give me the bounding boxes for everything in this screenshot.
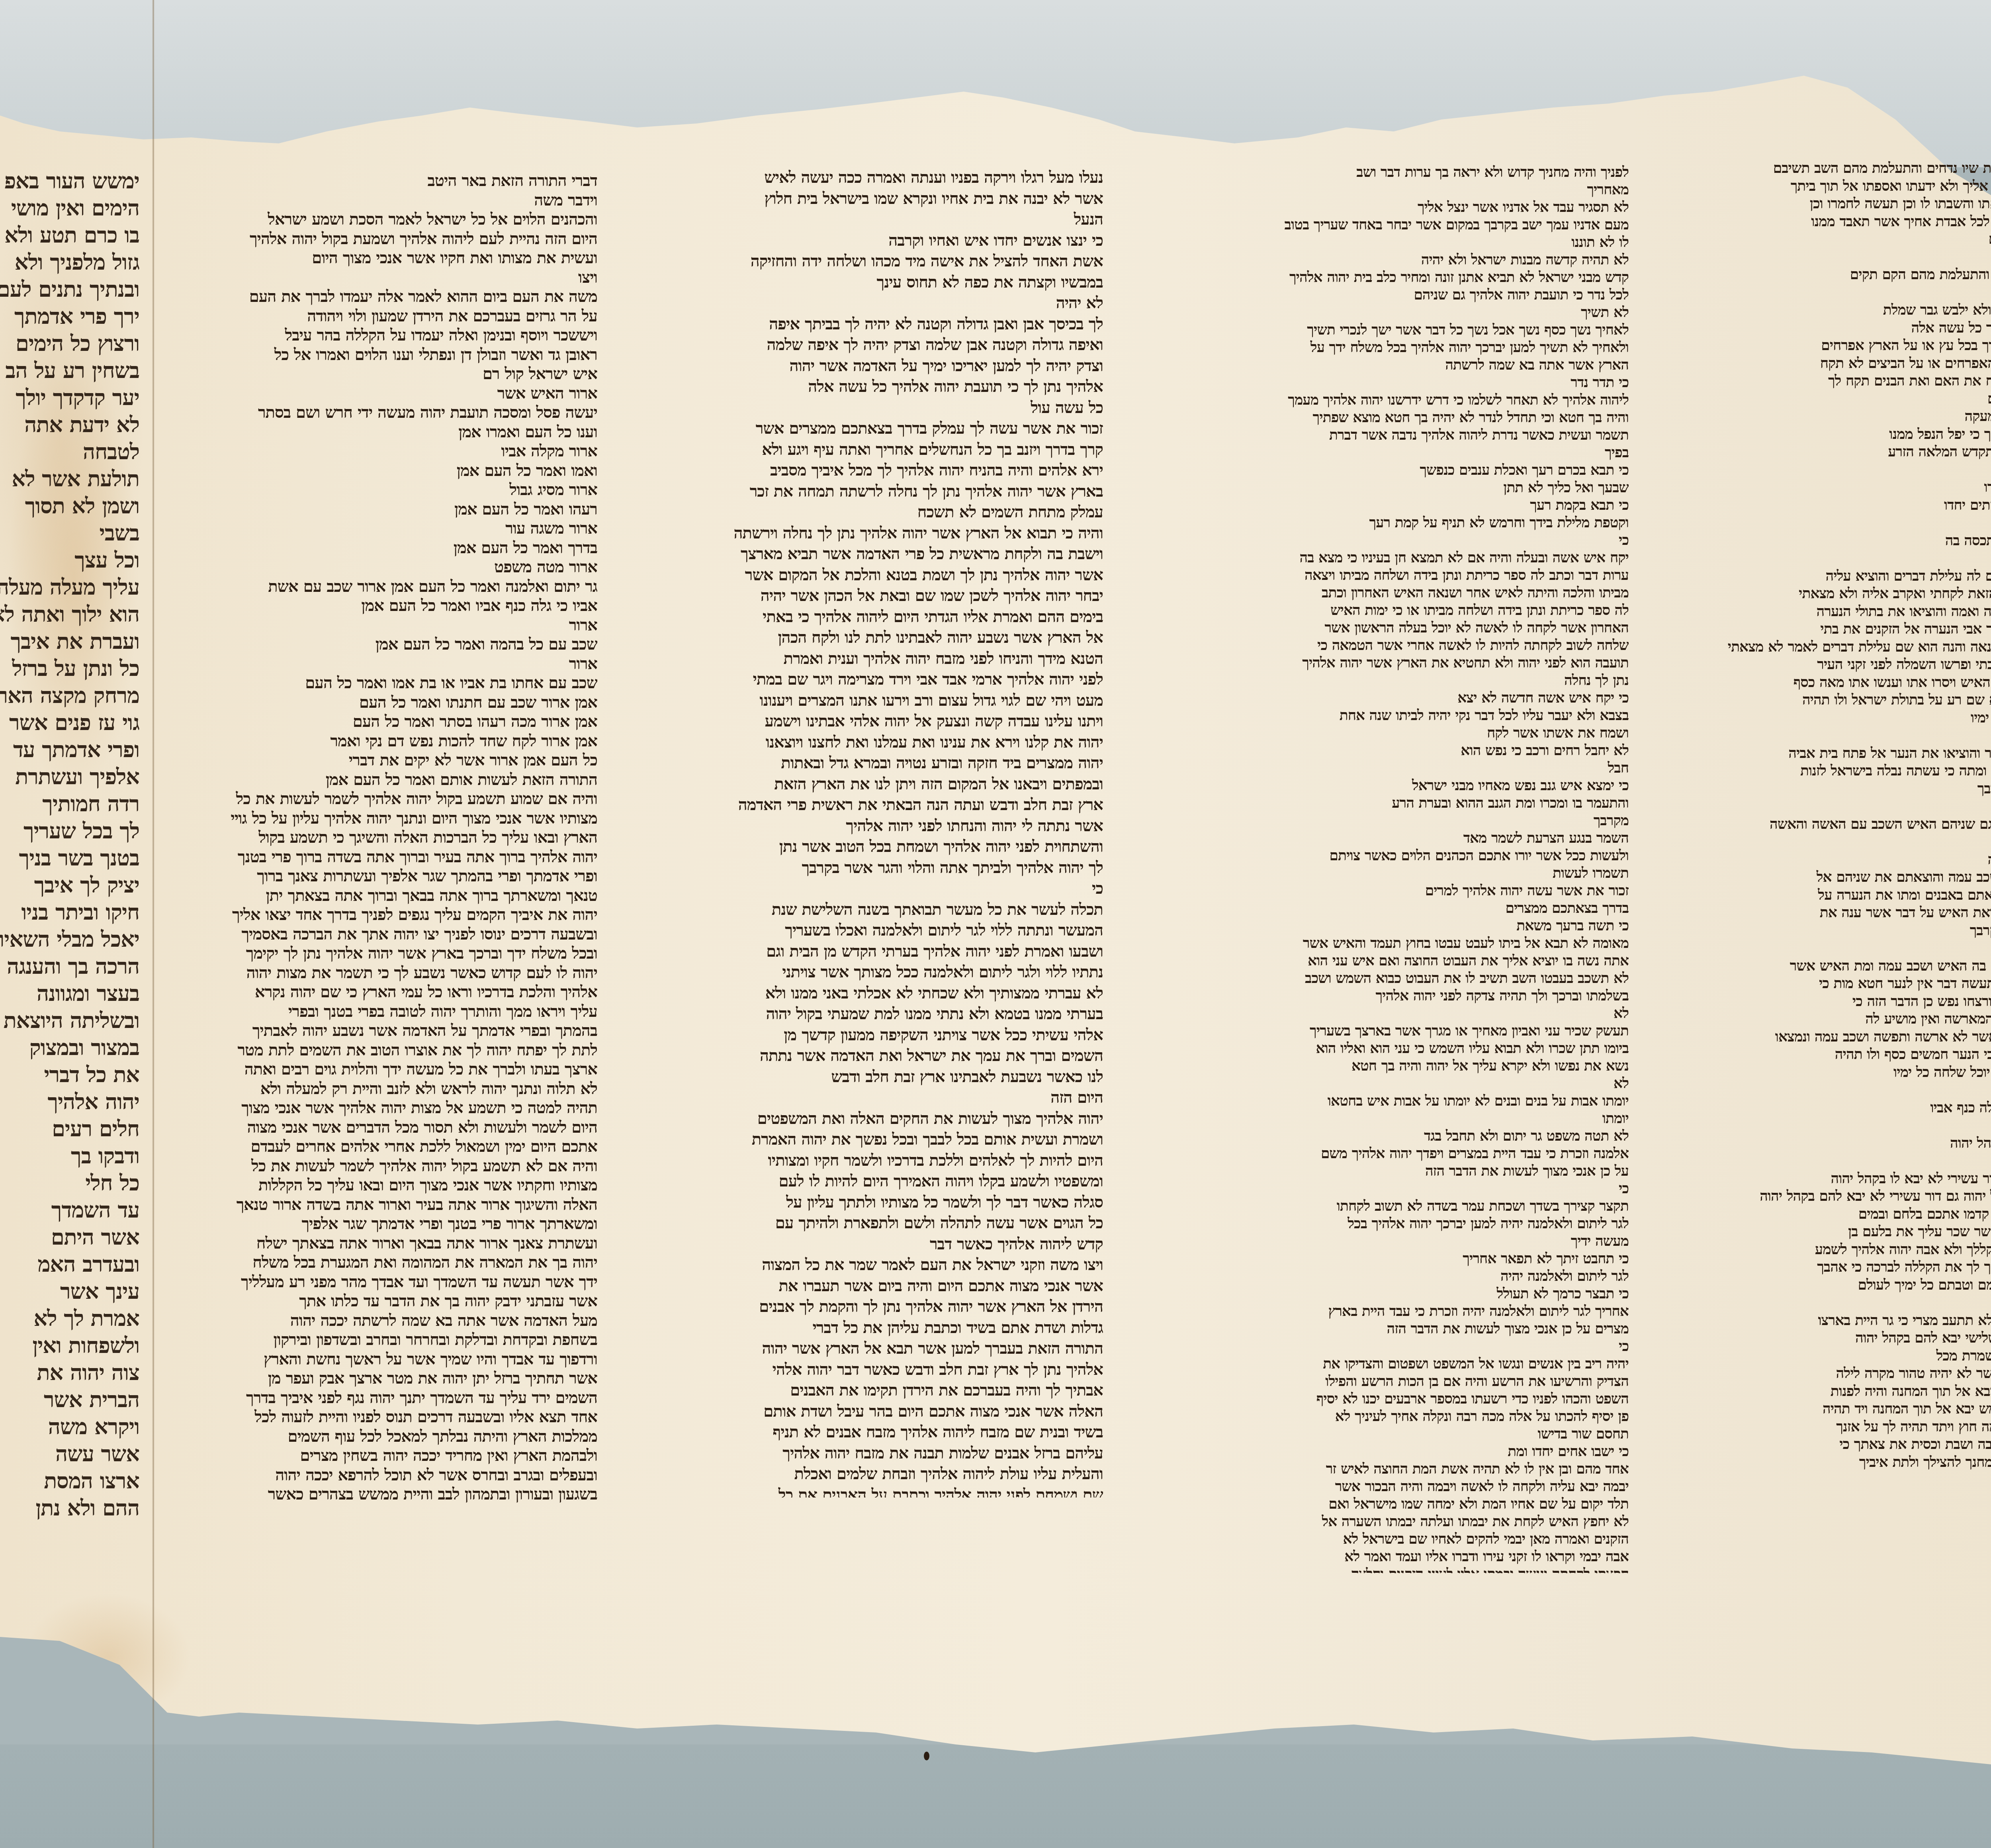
text-line: עליך מעלה מעלה [0,574,139,601]
text-line: השמים ירד עליך עד השמדך יתנך יהוה נגף לפ… [171,1388,597,1408]
text-line: לאשה לא יוכל לשלחה כל ימיו [1700,709,1991,727]
text-line: ביומו תתן שכרו ולא תבוא עליו השמש כי עני… [1179,1039,1629,1057]
scroll-column-1: דברי התורה הזאת באר היטבוידבר משהוהכהנים… [171,171,597,1533]
text-line: כי [673,878,1103,899]
text-line: ובעפלים ובגרב ובחרס אשר לא תוכל להרפא יכ… [171,1466,597,1485]
text-line: כל העם אמן ארור אשר לא יקים את דברי [171,751,597,770]
text-line: על הר גרזים בעברכם את הירדן שמעון ולוי ו… [171,307,597,326]
text-line: ולאחיך לא תשיך למען יברכך יהוה אלהיך בכל… [1179,339,1629,356]
text-line: כי [1179,1337,1629,1355]
text-line: הימים ואין מושי [0,194,139,221]
text-line: יומתו [1179,1110,1629,1127]
text-line: לה ספר כריתת ונתן בידה ושלחה מביתו או כי… [1179,601,1629,619]
text-line: אחד מהם ובן אין לו לא תהיה אשת המת החוצה… [1179,1460,1629,1478]
text-line: אשר אנכי מצוה אתכם היום והיה ביום אשר תע… [673,1276,1103,1297]
text-line: שלחה לשוב לקחתה להיות לו לאשה אחרי אשר ה… [1179,636,1629,654]
text-line: ובעדרב האמ [0,1251,139,1278]
text-line: בצבא ולא יעבר עליו לכל דבר נקי יהיה לבית… [1179,707,1629,724]
text-line: ואמו ואמר כל העם אמן [171,461,597,481]
text-line: כי תבצר כרמך לא תעולל [1179,1285,1629,1302]
text-line: כי ינצו אנשים יחדו איש ואחיו וקרבה [673,230,1103,251]
text-line: אשה כי תועבת יהוה אלהיך כל עשה אלה [1700,319,1991,337]
text-line: השפט והכהו לפניו כדי רשעתו במספר ארבעים … [1179,1390,1629,1408]
text-line: כי תחבט זיתך לא תפאר אחריך [1179,1250,1629,1267]
text-line: אלהיך והלכת בדרכיו וראו כל עמי הארץ כי ש… [171,983,597,1002]
text-line: ערות דבר וכתב לה ספר כריתת ונתן בידה ושל… [1179,566,1629,584]
text-line: הנעל [673,209,1103,230]
text-line: שם רע ואמר את האשה הזאת לקחתי ואקרב אליה… [1700,585,1991,603]
text-line: שכב עם כל בהמה ואמר כל העם אמן [171,635,597,654]
text-line: ולעשות ככל אשר יורו אתכם הכהנים הלוים כא… [1179,847,1629,864]
text-line: ממלכות הארץ והיתה נבלתך למאכל לכל עוף הש… [171,1427,597,1447]
text-line: כי יקרא קן צפור לפניך בדרך בכל עץ או על … [1700,337,1991,354]
text-line: השמים וברך את עמך את ישראל ואת האדמה אשר… [673,1045,1103,1067]
text-line: אשת רעהו ובערת הרע מקרבך [1700,922,1991,940]
text-line: יהוה את איביך הקמים עליך נגפים לפניך בדר… [171,905,597,925]
text-line: לא [1700,1152,1991,1170]
text-line: משה את העם ביום ההוא לאמר אלה יעמדו לברך… [171,287,597,307]
text-line: לא יבא עמוני ומואבי בקהל יהוה גם דור עשי… [1700,1187,1991,1205]
stain [24,1593,191,1721]
text-line: אל הארץ אשר נשבע יהוה לאבתינו לתת לנו ול… [673,627,1103,648]
text-line: כי תצא מחנה על איביך ונשמרת מכל [1700,1347,1991,1365]
text-line: והעלית עליו עולת ליהוה אלהיך וזבחת שלמים… [673,1464,1103,1485]
text-line: לא תזרע כרמך כלאים פן תקדש המלאה הזרע [1700,443,1991,461]
text-line: על כן אנכי מצוך לעשות את הדבר הזה [1179,1162,1629,1180]
text-line: ובכל משלח ידך וברכך בארץ אשר יהוה אלהיך … [171,944,597,963]
text-line: לא תהיה קדשה מבנות ישראל ולא יהיה [1179,251,1629,268]
text-line: לאשה תחת אשר ענה לא יוכל שלחה כל ימיו [1700,1063,1991,1081]
text-line: לפני יהוה אלהיך ארמי אבד אבי וירד מצרימה… [673,669,1103,690]
text-line: שכב עם אחתו בת אביו או בת אמו ואמר כל הע… [171,673,597,693]
text-line: תולעת אשר לא [0,465,139,492]
text-line: כי ישבו אחים יחדו ומת [1179,1443,1629,1460]
text-line: לא תשכב בעבטו השב תשיב לו את העבוט כבוא … [1179,969,1629,987]
text-line: תעשה לשמלתו וכן תעשה לכל אבדת אחיך אשר ת… [1700,213,1991,231]
text-line: בפיך [1179,444,1629,461]
text-line: מעל האדמה אשר אתה בא שמה לרשתה יככה יהוה [171,1311,597,1331]
text-line: קדש ליהוה אלהיך כאשר דבר [673,1234,1103,1255]
text-line: גזול מלפניך ולא [0,249,139,276]
text-line: סגלה כאשר דבר לך ולשמר כל מצותיו ולתתך ע… [673,1192,1103,1213]
text-line: יבא ממזר בקהל יהוה גם דור עשירי לא יבא ל… [1700,1170,1991,1188]
text-line: מקרבך [1179,812,1629,829]
text-line: ימשש העור באפ [0,167,139,194]
text-line: צוה יהוה את [0,1359,139,1386]
text-line: בדרך בצאתכם ממצרים [1179,899,1629,917]
text-line: יאכל מבלי השאיר [0,926,139,953]
text-line: בארץ אשר יהוה אלהיך נתן לך נחלה לרשתה תמ… [673,481,1103,502]
text-line: ובערת הרע מישראל [1700,833,1991,851]
text-line: יהוה ממצרים ביד חזקה ובזרע נטויה ובמרא ג… [673,753,1103,774]
text-line: לך בכל שעריך [0,817,139,844]
text-line: והיה בך חטא וכי תחדל לנדר לא יהיה בך חטא… [1179,409,1629,426]
text-line: אמן ארור לקח שחד להכות נפש דם נקי ואמר [171,732,597,751]
text-line: הזה לא נמצאו בתולים לנער והוציאו את הנער… [1700,744,1991,762]
text-line: ורדפוך עד אבדך והיו שמיך אשר על ראשך נחש… [171,1350,597,1369]
text-line: וישבת בה ולקחת מראשית כל פרי האדמה אשר ת… [673,544,1103,565]
text-line: אשר עשה [0,1440,139,1467]
text-line: יבמה יבא עליה ולקחה לו לאשה ויבמה והיה ה… [1179,1478,1629,1495]
text-line: ארץ זבת חלב ודבש ועתה הנה הבאתי את ראשית… [673,795,1103,816]
text-line: בשחין רע על הב [0,357,139,384]
text-line: עמלק מתחת השמים לא תשכח [673,502,1103,523]
text-line: והשתחוית לפני יהוה אלהיך ושמחת בכל הטוב … [673,836,1103,857]
text-line: והיה בשבתך חוץ וחפרתה בה ושבת וכסית את צ… [1700,1435,1991,1453]
text-line: עם אשה בעלת בעל ומתו גם שניהם האיש השכב … [1700,815,1991,833]
text-line: בשיד ובנית שם מזבח ליהוה אלהיך מזבח אבני… [673,1422,1103,1443]
text-line: מאומה לא תבא אל ביתו לעבט עבטו בחוץ תעמד… [1179,934,1629,952]
text-line: ויששכר ויוסף ובנימן ואלה יעמדו על הקללה … [171,326,597,345]
text-line: ושמח את אשתו אשר לקח [1179,724,1629,742]
text-line: והכהנים הלוים אל כל ישראל לאמר הסכת ושמע… [171,210,597,229]
text-line: ומשפטיו ולשמע בקלו ויהוה האמירך היום להי… [673,1171,1103,1192]
text-line: לגר ליתום ולאלמנה יהיה [1179,1267,1629,1285]
text-line: האחרון אשר לקחה לו לאשה לא יוכל בעלה הרא… [1179,619,1629,636]
scroll-column-3: לפניך והיה מחניך קדוש ולא יראה בך ערות ד… [1179,163,1629,1573]
text-line: ויצא אל מחוץ למחנה לא יבא אל תוך המחנה ו… [1700,1382,1991,1400]
text-line: חבל [1179,759,1629,777]
text-line: המעשר ונתתה ללוי לגר ליתום ולאלמנה ואכלו… [673,920,1103,941]
text-line: התורה הזאת לעשות אותם ואמר כל העם אמן [171,770,597,790]
text-line: לא עברתי ממצותיך ולא שכחתי לא אכלתי באני… [673,983,1103,1004]
text-line: השמר בנגע הצרעת לשמר מאד [1179,829,1629,847]
text-line: ארצו המסת [0,1467,139,1494]
text-line: בשבי [0,519,139,546]
text-line: פצוע דכא וכרות שפכה בקהל יהוה [1700,1134,1991,1152]
text-line: כי יקח איש [1700,549,1991,567]
text-line: גוי עז פנים אשר [0,709,139,736]
text-line: בשחפת ובקדחת ובדלקת ובחרחר ובחרב ובשדפון… [171,1330,597,1350]
text-line: אתה נשה בו יוציא אליך את העבוט החוצה ואם… [1179,952,1629,969]
text-line: כל ונתן על ברזל [0,655,139,682]
text-line: ונתנו לאבי הנערה כי הוציא שם רע על בתולת… [1700,691,1991,709]
text-line: לך בכיסך אבן ואבן גדולה וקטנה לא יהיה לך… [673,314,1103,335]
text-line: או ביצים והאם רבצת על האפרחים או על הביצ… [1700,354,1991,372]
text-line: לו לא תוננו [1179,233,1629,251]
text-line: למען ייטב לך והארכת ימים [1700,390,1991,408]
text-line: יהוה אלהיך לא תדרש שלמם וטבתם כל ימיך לע… [1700,1276,1991,1294]
text-line: כאשר יקום איש על רעהו ורצחו נפש כן הדבר … [1700,993,1991,1010]
text-line: את כל דברי [0,1061,139,1088]
text-line: גר יתום ואלמנה ואמר כל העם אמן ארור שכב … [171,577,597,597]
text-line: אשה ובא אליה ושנאה ושם לה עלילת דברים וה… [1700,567,1991,585]
text-line: נתתיו ללוי ולגר ליתום ולאלמנה ככל מצותך … [673,962,1103,983]
text-line: לגגך ולא תשים דמים בביתך כי יפל הנפל ממנ… [1700,425,1991,443]
text-line: אחיך או שורו נפלים בדרך והתעלמת מהם הקם … [1700,266,1991,284]
text-line: תהיה למטה כי תשמע אל מצות יהוה אלהיך אשר… [171,1098,597,1118]
text-line: מביתו והלכה והיתה לאיש אחר ושנאה האיש הא… [1179,584,1629,601]
text-line: לגר ליתום ולאלמנה יהיה למען יברכך יהוה א… [1179,1215,1629,1232]
text-line: שכב עמה לבדו ולנער לא תעשה דבר אין לנער … [1700,975,1991,993]
text-line: וכל עצך [0,546,139,574]
text-line: אשר לא יבנה את בית אחיו ונקרא שמו בישראל… [673,188,1103,209]
text-line: ופרי אדמתך ופרי בהמתך שגר אלפיך ועשתרות … [171,867,597,886]
text-line: יהוה אלהיך ברוך אתה בעיר וברוך אתה בשדה … [171,848,597,867]
text-line: וענו כל העם ואמרו אמן [171,423,597,442]
text-line: היום הזה [673,1087,1103,1108]
text-line: התורה הזאת בעברך למען אשר תבא אל הארץ אש… [673,1338,1103,1359]
text-line: אשר יהוה אלהיך נתן לך ושמת בטנא והלכת אל… [673,565,1103,586]
text-line: ושמרת ועשית אותם בכל לבבך ובכל נפשך את י… [673,1129,1103,1150]
text-line: וידבר משה [171,191,597,210]
text-line: במצור ובמצוק [0,1034,139,1061]
text-line: לבתך בתולים ואלה בתולי בתי ופרשו השמלה ל… [1700,656,1991,673]
text-line: מאחריך [1179,181,1629,198]
text-line: נעלו מעל רגלו וירקה בפניו וענתה ואמרה ככ… [673,167,1103,188]
text-line: ועברת את איבך [0,628,139,655]
text-line: ונתן האיש השכב עמה לאבי הנער חמשים כסף ו… [1700,1045,1991,1063]
text-line: ארור [171,654,597,674]
text-line: רעהו ואמר כל העם אמן [171,500,597,519]
text-line: כל הגוים אשר עשה לתהלה ולשם ולתפארת ולהי… [673,1213,1103,1234]
text-line: ארור האיש אשר [171,384,597,403]
text-line: ידך אשר תעשה עד השמדך ועד אבדך מהר מפני … [171,1272,597,1292]
text-line: ובמפתים ויבאנו אל המקום הזה ויתן לנו את … [673,774,1103,795]
text-line: כל עשה עול [673,397,1103,419]
text-line: לאחיך ואם לא קרוב אחיך אליך ולא ידעתו וא… [1700,177,1991,195]
text-line: הרכה בך והענגה [0,953,139,980]
text-line: ורצוץ כל הימים [0,330,139,357]
text-line: דברי התורה הזאת באר היטב [171,171,597,191]
text-line: הטנא מידך והניחו לפני מזבח יהוה אלהיך וע… [673,648,1103,670]
text-line: אביו כי גלה כנף אביו ואמר כל העם אמן [171,596,597,616]
text-line: לפניך והיה מחניך קדוש ולא יראה בך ערות ד… [1179,163,1629,181]
text-line: יהוה את קלנו וירא את ענינו ואת עמלנו ואת… [673,732,1103,753]
text-line: הברית אשר [0,1386,139,1413]
text-line: וצדק יהיה לך למען יאריכו ימיך על האדמה א… [673,356,1103,377]
text-line: נתן לך נחלה [1179,671,1629,689]
text-line: תעשק שכיר עני ואביון מאחיך או מגרך אשר ב… [1179,1022,1629,1039]
text-line: עליך ויראו ממך והותרך יהוה לטובה בפרי בט… [171,1002,597,1022]
text-line: והיה אם שמוע תשמע בקול יהוה אלהיך לשמר ל… [171,789,597,809]
text-line: בימים ההם ואמרת אליו הגדתי היום ליהוה אל… [673,607,1103,628]
text-line: לתת לך יפתח יהוה לך את אוצרו הטוב את השמ… [171,1041,597,1060]
text-line: גדלים תעשה לך על [1700,514,1991,532]
backdrop-bottom [0,1744,1991,1848]
text-line: אל זקני העיר השערה ואמר אבי הנערה אל הזק… [1700,620,1991,638]
text-line: אמן ארור מכה רעהו בסתר ואמר כל העם [171,712,597,732]
text-line: הצדיק והרשיעו את הרשע והיה אם בן הכות הר… [1179,1372,1629,1390]
text-line: מצרים על כן אנכי מצוך לעשות את הדבר הזה [1179,1320,1629,1337]
text-line: בדרך ואמר כל העם אמן [171,538,597,558]
text-line: בשדה מצאה צעקה הנער המארשה ואין מושיע לה [1700,1010,1991,1028]
text-line: מרחק מקצה הארץ [0,682,139,709]
text-line: לא תלוה ונתנך יהוה לראש ולא לזנב והיית ר… [171,1079,597,1099]
text-line: הארץ ובאו עליך כל הברכות האלה והשיגך כי … [171,828,597,848]
text-line: רדה חמותיך [0,790,139,817]
text-line: ירך פרי אדמתך [0,303,139,330]
text-line: ומשארתך ארור פרי בטנך ופרי אדמתך שגר אלפ… [171,1214,597,1234]
text-line: כי [1179,531,1629,549]
text-line: הארץ אשר אתה בא שמה לרשתה [1179,356,1629,374]
text-line: יהוה לו לעם קדוש כאשר נשבע לך כי תשמר את… [171,963,597,983]
text-line: שבעך ואל כליך לא תתן [1179,479,1629,496]
text-line: דבר רע כי יהיה בך איש אשר לא יהיה טהור מ… [1700,1364,1991,1382]
text-line: ארצך בעתו ולברך את כל מעשה ידך והלוית גו… [171,1060,597,1079]
text-line: יבחר יהוה אלהיך לשכן שמו שם ובאת אל הכהן… [673,585,1103,607]
text-line: אשר עזבתני ידבק יהוה בך את הדבר עד כלתו … [171,1292,597,1311]
text-line: ערב ירחץ במים וכבא השמש יבא אל תוך המחנה… [1700,1400,1991,1418]
text-line: נשא את נפשו ולא יקרא עליך אל יהוה והיה ב… [1179,1057,1629,1075]
text-line: תשמר ועשית כאשר נדרת ליהוה אלהיך נדבה אש… [1179,426,1629,444]
text-line: הוא ילוך ואתה לא [0,601,139,628]
text-line: בעור מפתור ארם נהרים לקללך ולא אבה יהוה … [1700,1241,1991,1259]
text-line: בו כרם תטע ולא [0,221,139,249]
text-line: ובנתיך נתנים לעם [0,276,139,303]
text-line: אלהי עשיתי ככל אשר צויתני השקיפה ממעון ק… [673,1025,1103,1046]
text-line: כי תבא בכרם רעך ואכלת ענבים כנפשך [1179,461,1629,479]
text-line: אלפיך ועשתרת [0,763,139,790]
text-line: בהמתך ובפרי אדמתך על האדמה אשר נשבע יהוה… [171,1021,597,1041]
text-line: ודבקו בך [0,1142,139,1169]
text-line: היום לשמר ולעשות ולא תסור מכל הדברים אשר… [171,1118,597,1137]
text-line: הזקנים ואמרה מאן יבמי להקים לאחיו שם ביש… [1179,1530,1629,1548]
text-line: לא תסגיר עבד אל אדניו אשר ינצל אליך [1179,198,1629,216]
text-line: כי תשה ברעך משאת [1179,917,1629,934]
text-line: כי יקח איש אשה חדשה לא יצא [1179,689,1629,707]
text-line: ההם ולא נתן [0,1494,139,1521]
text-line: והתעמר בו ומכרו ומת הגנב ההוא ובערת הרע [1179,794,1629,812]
text-line: ואיפה גדולה וקטנה אבן שלמה וצדק יהיה לך … [673,335,1103,356]
text-line: לא יבא [1700,1116,1991,1134]
text-line: קדש מבני ישראל לא תביא אתנן זונה ומחיר כ… [1179,268,1629,286]
text-line: בעצר ומגוונה [0,980,139,1007]
text-line: עד עולם על דבר אשר לא קדמו אתכם בלחם ובמ… [1700,1205,1991,1223]
text-line: חיקו וביתר בניו [0,899,139,926]
text-line: תלד יקום על שם אחיו המת ולא ימחה שמו מיש… [1179,1495,1629,1513]
text-line: לא תטה משפט גר יתום ולא תחבל בגד [1179,1127,1629,1145]
text-line: תשמרו לעשות [1179,864,1629,882]
text-line: בטנך בשר בניך [0,844,139,871]
ink-speck [924,1752,929,1760]
text-line: ירא אלהים והיה בהניח יהוה אלהיך לך מכל א… [673,460,1103,481]
text-line: לכל נדר כי תועבת יהוה אלהיך גם שניהם [1179,286,1629,303]
text-line: לך מחוץ למחנה ויצאת שמה חוץ ויתד תהיה לך… [1700,1418,1991,1436]
text-line: בדרך בצאתכם ממצרים ואשר שכר עליך את בלעם… [1700,1223,1991,1241]
text-line: ויקרא משה [0,1413,139,1440]
text-line: ובשבעה דרכים ינוסו לפניך יצו יהוה אתך את… [171,925,597,944]
text-line: כי ימצא איש נער בתולה אשר לא ארשה ותפשה … [1700,1028,1991,1046]
text-line: נתתי לאיש הזה לאשה וישנאה והנה הוא שם על… [1700,638,1991,656]
text-line: קרך בדרך ויזנב בך כל הנחשלים אחריך ואתה … [673,439,1103,460]
text-line: יער קדקדך יולך [0,384,139,411]
text-line: דבר אשר לא צעקה בעיר ואת האיש על דבר אשר… [1700,904,1991,922]
text-line: ובשליתה היוצאת [0,1007,139,1034]
text-line: במבשיו וקצתה את כפה לא תחוס עינך [673,272,1103,293]
text-line: ארור [171,616,597,635]
text-line: והיה עמך עד דרש אחיך אתו והשבתו לו וכן ת… [1700,195,1991,213]
text-line: עליהם ברזל אבנים שלמות תבנה את מזבח יהוה… [673,1443,1103,1464]
text-line: מעשה ידיך [1179,1232,1629,1250]
text-line: לטבחה [0,438,139,465]
text-line: ראובן גד ואשר וזבולן דן ונפתלי וענו הלוי… [171,345,597,365]
text-line: כל חלי [0,1169,139,1196]
text-line: ושבעו ואמרת לפני יהוה אלהיך בערתי הקדש מ… [673,941,1103,962]
text-line: ויתנו עלינו עבדה קשה ונצעק אל יהוה אלהי … [673,711,1103,732]
text-line: ארור מסיג גבול [171,480,597,500]
text-line: יהוה אלהיך [0,1088,139,1115]
text-line: כי יהיה נער בתולה מארשה [1700,851,1991,869]
text-line: ולבהמת הארץ ואין מחריד יככה יהוה בשחין מ… [171,1446,597,1466]
text-line: לא [1179,1004,1629,1022]
text-line: יקח איש אשה ובעלה והיה אם לא תמצא חן בעי… [1179,549,1629,566]
text-line: היום הזה נהיית לעם ליהוה אלהיך ושמעת בקו… [171,229,597,249]
text-line: בנים אשר יולדו להם דור שלישי יבא להם בקה… [1700,1329,1991,1347]
text-line: אל בלעם ויהפך יהוה אלהיך לך את הקללה לבר… [1700,1258,1991,1276]
text-line: אמן ארור שכב עם חתנתו ואמר כל העם [171,693,597,713]
text-line: היום להיות לך לאלהים וללכת בדרכיו ולשמר … [673,1150,1103,1171]
text-line: לא יקח [1700,1081,1991,1099]
text-line: לא ידעת אתה [0,411,139,438]
text-line: זכור את אשר עשה יהוה אלהיך למרים [1179,882,1629,899]
text-line: איש את אשת אביו ולא יגלה כנף אביו [1700,1099,1991,1117]
text-line: יהיה ריב בין אנשים ונגשו אל המשפט ושפטום… [1179,1355,1629,1372]
text-line: בשלמתו וברכך ולך תהיה צדקה לפני יהוה אלה… [1179,987,1629,1004]
text-line: האם על הבנים שלח תשלח את האם ואת הבנים ת… [1700,372,1991,390]
text-line: מצותיו וחקתיו אשר אנכי מצוך היום ובאו על… [171,1176,597,1195]
text-line: טנאך ומשארתך ברוך אתה בבאך וברוך אתה בצא… [171,886,597,906]
text-line: כי תבא בקמת רעך [1179,496,1629,514]
text-line: אשר תחתיך ברזל יתן יהוה את מטר ארצך אבק … [171,1369,597,1388]
text-line: ואם אמת היה הדבר [1700,726,1991,744]
text-line: ויצו [171,268,597,288]
text-line: בערתי ממנו בטמא ולא נתתי ממנו למת שמעתי … [673,1004,1103,1025]
text-line: יהוה אלהיך מתהלך בקרב מחנך להצילך ולתת א… [1700,1453,1991,1471]
text-line: את הנער המארשה והחזיק בה האיש ושכב עמה ו… [1700,957,1991,975]
text-line: לא יהיה [673,293,1103,314]
text-line: האלה אשר אנכי מצוה אתכם היום בהר עיבל וש… [673,1401,1103,1422]
text-line: יהוה אלהיך מצוך לעשות את החקים האלה ואת … [673,1108,1103,1130]
text-line: אשר היתם [0,1224,139,1251]
text-line: יציק לך איבך [0,871,139,899]
text-line: לא יהיה כלי גבר על אשה ולא ילבש גבר שמלת [1700,301,1991,319]
text-line: לא תחרש בשור ובחמר יחדו [1700,478,1991,496]
text-line: ארור מקלה אביו [171,442,597,461]
text-line: אבה יבמי וקראו לו זקני עירו ודברו אליו ו… [1179,1548,1629,1565]
text-line: האלה והשיגוך ארור אתה בעיר וארור אתה בשד… [171,1195,597,1215]
text-line: אחריך לגר ליתום ולאלמנה יהיה וזכרת כי עב… [1179,1302,1629,1320]
text-line: תכלה לעשר את כל מעשר תבואתך בשנה השלישת … [673,899,1103,920]
text-line: עמו [1700,284,1991,301]
text-line: לא יחפץ האיש לקחת את יבמתו ועלתה יבמתו ה… [1179,1513,1629,1530]
text-line: אלמנה וזכרת כי עבד היית במצרים ויפדך יהו… [1179,1145,1629,1162]
text-line: וקטפת מלילת בידך וחרמש לא תניף על קמת רע… [1179,514,1629,531]
text-line: בשגעון ובעורון ובתמהון לבב והיית ממשש בצ… [171,1485,597,1504]
text-line: ושמן לא תסוך [0,492,139,519]
text-line: אלהיך נתן לך כי תועבת יהוה אלהיך כל עשה … [673,376,1103,397]
text-line: אחד תצא אליו ובשבעה דרכים תנוס לפניו והי… [171,1408,597,1427]
text-line: ואם בשדה ימצא האיש [1700,939,1991,957]
text-line: כי ימצא איש גנב נפש מאחיו מבני ישראל [1179,777,1629,794]
text-line: מעם אדניו עמך ישב בקרבך במקום אשר יבחר ב… [1179,216,1629,233]
text-line: ומצאתה לא תוכל להתעלם [1700,230,1991,248]
text-line: לא תראה את חמור [1700,248,1991,266]
text-line: אשת האחד להציל את אישה מיד מכהו ושלחה יד… [673,251,1103,272]
text-line: ולקחו זקני העיר ההוא את האיש ויסרו אתו ו… [1700,673,1991,691]
text-line: לא יחבל רחים ורכב כי נפש הוא [1179,742,1629,759]
text-line: לאחיך נשך כסף נשך אכל נשך כל דבר אשר ישך… [1179,321,1629,339]
text-line: אשר נתתה לי יהוה והנחתו לפני יהוה אלהיך [673,816,1103,837]
text-line: פן יסיף להכתו על אלה מכה רבה ונקלה אחיך … [1179,1408,1629,1425]
text-line: כי תבנה בית חדש ועשית מעקה [1700,407,1991,425]
text-line: אלהיך נתן לך ארץ זבת חלב ודבש כאשר דבר י… [673,1359,1103,1380]
text-line: הירדן אל הארץ אשר יהוה אלהיך נתן לך והקמ… [673,1296,1103,1317]
text-line: יעשה פסל ומסכה תועבת יהוה מעשה ידי חרש ו… [171,403,597,423]
text-line: תראה את שור אחיך או את שיו נדחים והתעלמת… [1700,159,1991,177]
text-line: יומתו אבות על בנים ובנים לא יומתו על אבו… [1179,1092,1629,1110]
text-line: מעט ויהי שם לגוי גדול עצום ורב וירעו אתנ… [673,690,1103,711]
